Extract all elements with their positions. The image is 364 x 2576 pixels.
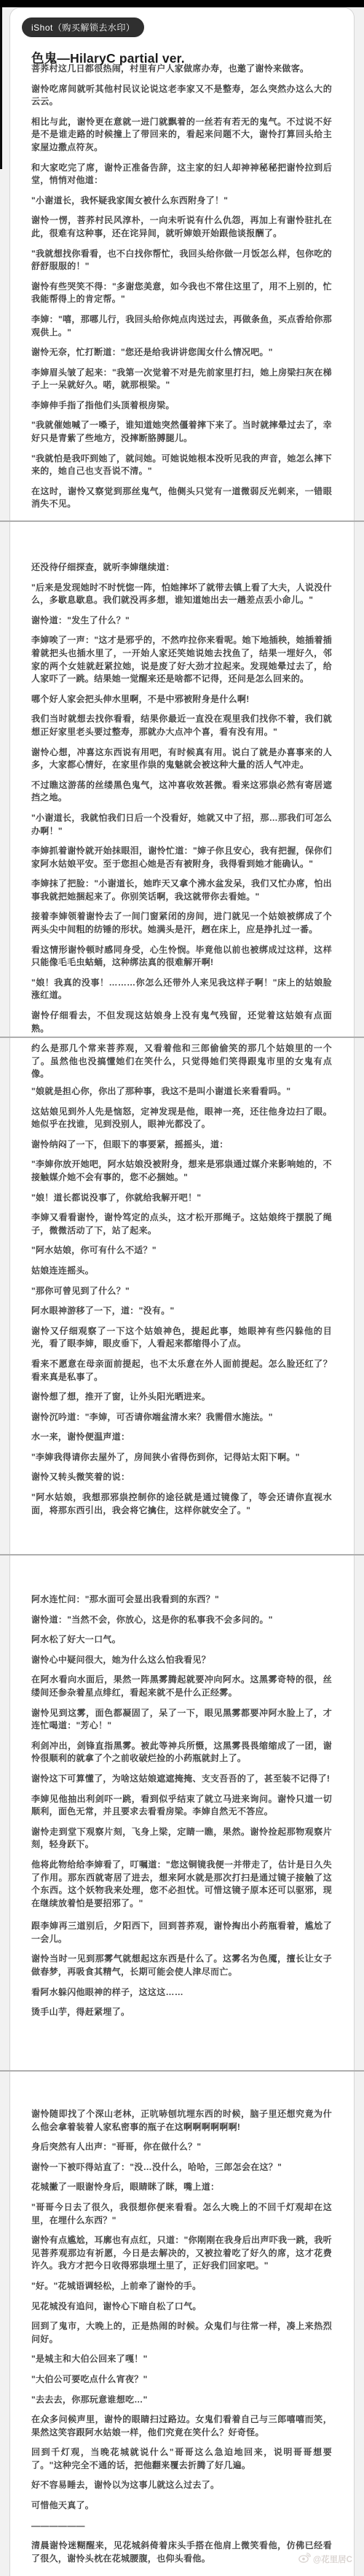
paragraph: 谢怜又仔细观察了一下这个姑娘神色，提起此事，她眼神有些闪躲他的目光，看了眼李婶，… xyxy=(31,1325,332,1351)
paragraph: 谢怜沉吟道："李婶，可否请你端盆清水来？我需借水施法。" xyxy=(31,1411,332,1424)
story-section-4: 阿水连忙问："那水面可会显出我看到的东西？"谢怜道："当然不会，你放心，这是你的… xyxy=(31,1593,332,2026)
weibo-watermark: @花里居C xyxy=(298,2553,352,2565)
paragraph: 谢怜道："发生了什么？" xyxy=(31,614,332,628)
top-black-bar xyxy=(0,0,364,7)
paragraph: "娘就是担心你，你出了那种事，我这不是叫小谢道长来看看吗。" xyxy=(31,1085,332,1098)
paragraph: "去去去，你那玩意谁想吃…" xyxy=(31,2394,332,2407)
paragraph: 李婶见他抽出利剑吓一跳，看到似乎结束了就立马进来询问。谢怜只道一切顺利，面色无常… xyxy=(31,1793,332,1819)
paragraph: 谢怜有些哭笑不得："多谢您美意，如今我也不常住这里了，用不上别的，忙我能帮得上的… xyxy=(31,281,332,306)
paragraph: "阿水姑娘，你可有什么不适？" xyxy=(31,1244,332,1257)
paragraph: 谢怜又转头微笑着的说： xyxy=(31,1471,332,1484)
story-section-5: 谢怜随即找了个深山老林，正吭哧刨坑埋东西的时候，脑子里还想究竟为什么他会拿着装着… xyxy=(31,2108,332,2572)
paragraph: "我就怕是我吓到她了，就问她。可她说她根本没听见我的声音，她怎么摔下来的，她自己… xyxy=(31,453,332,478)
paragraph: 身后突然有人出声："哥哥，你在做什么？" xyxy=(31,2141,332,2154)
paragraph: "娘！我真的没事！………你怎么还带外人来见我这样子啊！"床上的姑娘脸涨红道。 xyxy=(31,977,332,1002)
paragraph: 阿水眼神游移了一下，道："没有。" xyxy=(31,1305,332,1318)
page: { "page": { "pill_label": "iShot（购买解锁去水印… xyxy=(0,0,364,2576)
paragraph: 烫手山芋，得赶紧埋了。 xyxy=(31,2006,332,2019)
paragraph: 回到了鬼市，大晚上的，正是热闹的时候。众鬼们与往常一样，凑上来热烈问好。 xyxy=(31,2320,332,2346)
ishot-watermark-pill: iShot（购买解锁去水印） xyxy=(22,17,144,37)
paragraph: 谢怜当时一见到那雾气就想起这东西是什么了。这雾名为色魇，擅长让女子做春梦，再吸食… xyxy=(31,1953,332,1978)
paragraph: "李婶你放开她吧，阿水姑娘没被附身，想来是邪祟通过媒介来影响她的，不接触媒介她不… xyxy=(31,1158,332,1184)
paragraph: 谢怜吃席间就听其他村民议论说这老李家又不是整寿，怎么突然办这么大的云云。 xyxy=(31,83,332,109)
paragraph: 约么是那几个常来菩荞观，又看着他和三郎偷偷笑的那几个姑娘里的一个了。虽然他也没搞… xyxy=(31,1042,332,1081)
paragraph: 在众多问候声里，谢怜的眼睛扫过路边。女鬼们看着自己与三郎嘻嘻而笑，果然这笑容跟阿… xyxy=(31,2413,332,2439)
paragraph: 在这时，谢怜又察觉到那丝鬼气，他侧头只觉有一道微弱反光刺来，一错眼消失不见。 xyxy=(31,485,332,511)
paragraph: 看阿水躲闪他眼神的样子，这这这…… xyxy=(31,1986,332,1999)
paragraph: 花城撇了一眼谢怜身后，眼睛眯了眯，嘴上道： xyxy=(31,2181,332,2194)
stitch-seam-divider xyxy=(0,520,364,522)
paragraph: 相比与此，谢怜更在意就一进门就飘着的一丝若有若无的鬼气。不过说不好是不是谁走路的… xyxy=(31,116,332,155)
paragraph: 利剑冲出，剑锋直指黑雾。被此等神兵所慑，这黑雾畏畏缩缩成了一团，谢怜很顺利的就拿… xyxy=(31,1740,332,1765)
paragraph: 看来不愿意在母亲面前提起，也不太乐意在外人面前提起。怎么脸还红了？看来真是私事了… xyxy=(31,1358,332,1383)
paragraph: 李婶眉头皱了起来："我第一次觉着不对是先前家里打扫，她上房梁扫灰在梯子上一呆就好… xyxy=(31,367,332,392)
paragraph: "是城主和大伯公回来了嘎！" xyxy=(31,2353,332,2366)
paragraph: 接着李婶领着谢怜去了一间门窗紧闭的房间，进门就见一个姑娘被绑成了个两头尖中间粗的… xyxy=(31,910,332,936)
paragraph: "好。"花城语调轻松，上前牵了谢怜的手。 xyxy=(31,2280,332,2293)
paragraph: 在阿水看向水面后，果然一阵黑雾腾起就要冲向阿水。这黑雾奇特的很，丝缕间还参杂着星… xyxy=(31,1674,332,1699)
paragraph: 阿水连忙问："那水面可会显出我看到的东西？" xyxy=(31,1593,332,1607)
paragraph: 李婶抓着谢怜就开始抹眼泪，谢怜忙道："婶子你且安心，我有把握，保你们家阿水姑娘平… xyxy=(31,845,332,870)
ishot-watermark-label: iShot（购买解锁去水印） xyxy=(31,21,135,34)
paragraph: 李婶："嘻，那哪儿行，我回头给你炖点肉送过去，再做条鱼，买点香给你那观供上。" xyxy=(31,313,332,339)
paragraph: 谢怜这下可算懂了，为啥这姑娘遮遮掩掩、支支吾吾的了，甚至装不记得了! xyxy=(31,1773,332,1786)
paragraph: 这姑娘见到外人先是恼怒，定神发现是他，眼神一亮，还往他身边扫了眼。她似乎在找谁，… xyxy=(31,1106,332,1131)
paragraph: 清晨谢怜迷糊醒来，见花城斜倚着床头手搭在他肩上微笑看他，仿佛已经看了很久，谢怜头… xyxy=(31,2540,332,2565)
stitch-seam-divider xyxy=(0,2070,364,2072)
left-black-edge xyxy=(0,7,2,169)
paragraph: 谢怜见到这雾，面色都凝固了，呆了一下，眼见黑雾都要冲阿水脸上了，才连忙喝道："芳… xyxy=(31,1707,332,1733)
paragraph: 见花城没有追问，谢怜心下暗自松了口气。 xyxy=(31,2300,332,2314)
paragraph: "娘！道长都说没事了，你就给我解开吧！" xyxy=(31,1192,332,1205)
paragraph: —————— xyxy=(31,2520,332,2533)
paragraph: "阿水姑娘，我想那邪祟控制你的途径就是通过镜像了，等会还请你直视水面，将那东西引… xyxy=(31,1491,332,1517)
paragraph: "小谢道长，我就怕我们日后一个没看好，她就又中了招，那…那我们可怎么办啊！" xyxy=(31,812,332,838)
story-section-1: 菩荞村这几日都很热闹，村里有户人家做席办寿，也邀了谢怜来做客。谢怜吃席间就听其他… xyxy=(31,63,332,518)
paragraph: 谢怜心中疑问很大，她为什么这么怕我看见？ xyxy=(31,1654,332,1667)
paragraph: 谢怜道："当然不会，你放心，这是你的私事我不会多问的。" xyxy=(31,1614,332,1627)
weibo-watermark-text: @花里居C xyxy=(313,2553,352,2565)
paragraph: 哪个好人家会把头伸水里啊，不是中邪被附身是什么啊! xyxy=(31,693,332,706)
paragraph: 看这情形谢怜顿时感同身受，心生怜悯。毕竟他以前也被绑成过这样，这样只能像毛毛虫蛄… xyxy=(31,944,332,969)
paragraph: 姑娘连连摇头。 xyxy=(31,1265,332,1278)
paragraph: 李婶伸手指了指他们头顶着根房梁。 xyxy=(31,399,332,413)
page-title: 色鬼—HilaryC partial ver. xyxy=(31,49,185,67)
paragraph: 和大家吃完了席，谢怜正准备告辞，这主家的妇人却神神秘秘把谢怜拉到后堂，悄悄对他道… xyxy=(31,162,332,187)
paragraph: 谢怜随即找了个深山老林，正吭哧刨坑埋东西的时候，脑子里还想究竟为什么他会拿着装着… xyxy=(31,2108,332,2134)
story-section-3: "娘就是担心你，你出了那种事，我这不是叫小谢道长来看看吗。"这姑娘见到外人先是恼… xyxy=(31,1085,332,1524)
paragraph: "小谢道长，我怀疑我家闺女被什么东西附身了！" xyxy=(31,195,332,208)
paragraph: 他将此物给给李婶看了，叮嘱道："您这铜镜我便一并带走了，估计是日久失了作用。那东… xyxy=(31,1859,332,1910)
paragraph: "大伯公可要吃点什么宵夜？" xyxy=(31,2373,332,2386)
weibo-logo-icon xyxy=(298,2553,311,2565)
stitch-seam-divider xyxy=(0,1037,364,1038)
paragraph: 还没待仔细探查，就听李婶继续道： xyxy=(31,561,332,574)
paragraph: "我就想找你看看，也不白找你帮忙，我回头给你做一月饭怎么样，包你吃的舒舒服服的！… xyxy=(31,248,332,273)
paragraph: 谢怜纳闷了一下，但眼下的事要紧，摇摇头，道： xyxy=(31,1139,332,1152)
paragraph: 不过瞧这游荡的丝缕黑色鬼气，这冲喜收效甚微。看来这邪祟必然有寄居遮挡之地。 xyxy=(31,779,332,805)
paragraph: "哥哥今日去了很久，我很想你便来看看。怎么大晚上的不回千灯观却在这里，在埋什么东… xyxy=(31,2201,332,2227)
paragraph: "我就催她喊了一嗓子，谁知道她突然僵着摔下来了。当时就摔晕过去了，幸好只是青紫了… xyxy=(31,419,332,445)
paragraph: 我们当时就想去找你看看，结果你最近一直没在观里我们找你不着，我们就想正好家里老头… xyxy=(31,713,332,738)
paragraph: 李婶又看看谢怜，谢怜笃定的点头，这才松开那绳子。这姑娘终于摆脱了绳子，微微活动了… xyxy=(31,1211,332,1237)
paragraph: 阿水松了好大一口气。 xyxy=(31,1634,332,1647)
paragraph: "那你可曾见到了什么？" xyxy=(31,1285,332,1298)
paragraph: 谢怜想了想，推开了窗，让外头阳光晒进来。 xyxy=(31,1391,332,1404)
paragraph: 谢怜有点尴尬，耳廓也有点红，只道："你刚刚在我身后出声吓我一跳，我听见菩荞观那边… xyxy=(31,2234,332,2273)
story-section-2: 还没待仔细探查，就听李婶继续道："后来是发现她时不时恍惚一阵，怕她摔坏了就带去镇… xyxy=(31,561,332,1088)
paragraph: 谢怜走到堂下观察片刻，飞身上梁，定睛一瞧，果然。谢怜捡起那物观察片刻，轻身跃下。 xyxy=(31,1826,332,1851)
paragraph: 跟李婶再三道别后，夕阳西下，回到菩荞观，谢怜掏出小药瓶看着，尴尬了一会儿。 xyxy=(31,1920,332,1945)
paragraph: 谢怜仔细看去，不但发现这姑娘身上没有鬼气残留，还觉着这姑娘有点面熟。 xyxy=(31,1010,332,1035)
paragraph: 李婶抹了把脸："小谢道长，她昨天又拿个沸水盆发呆，我们又忙办席，怕出事我就把她捆… xyxy=(31,878,332,903)
paragraph: 谢怜一愣，菩荞村民风淳朴，一向未听说有什么仇怨，再加上有谢怜驻扎在此，很难有这种… xyxy=(31,214,332,240)
paragraph: 谢怜无奈，忙打断道："您还是给我讲讲您闺女什么情况吧。" xyxy=(31,346,332,359)
paragraph: 谢怜一下被吓得站直了："没…没什么，哈哈，三郎怎会在这？" xyxy=(31,2161,332,2174)
stitch-seam-divider xyxy=(0,1554,364,1556)
paragraph: "后来是发现她时不时恍惚一阵，怕她摔坏了就带去镇上看了大夫，人说没什么，多歇息歇… xyxy=(31,582,332,607)
paragraph: 谢怜心想，冲喜这东西说有用吧，有时候真有用。说白了就是办喜事来的人多，大家都心情… xyxy=(31,746,332,772)
paragraph: 回到千灯观，当晚花城就说什么"哥哥这么急迫地回来，说明哥哥想要了。"这种完全不通… xyxy=(31,2446,332,2472)
paragraph: 李婶唉了一声："这才是邪乎的，不然咋拉你来看呢。她下地插秧，她插着插着就把头也插… xyxy=(31,634,332,685)
paragraph: "李婶我得请你去屋外了，房间狭小省得伤到你，记得站太阳下啊。" xyxy=(31,1451,332,1464)
paragraph: 水一来，谢怜便温声道： xyxy=(31,1431,332,1444)
paragraph: 可惜他天真了。 xyxy=(31,2499,332,2513)
paragraph: 好不容易睡去，谢怜以为这事儿就这么过去了。 xyxy=(31,2479,332,2492)
